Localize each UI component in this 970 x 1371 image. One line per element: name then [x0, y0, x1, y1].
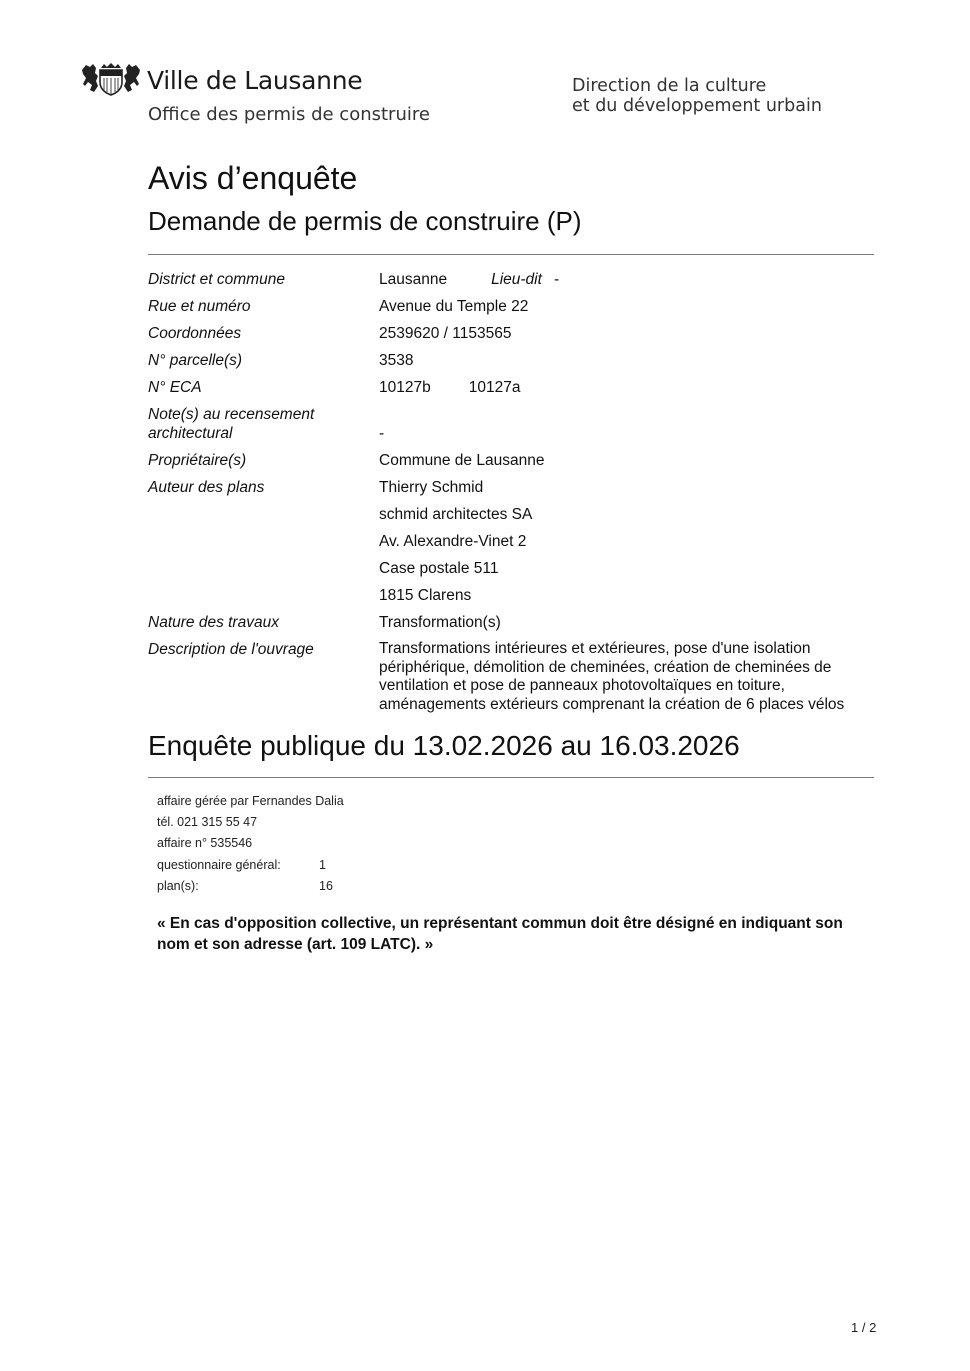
- row-parcel: N° parcelle(s) 3538: [148, 351, 878, 370]
- eca-label: N° ECA: [148, 378, 379, 397]
- district-label: District et commune: [148, 270, 379, 289]
- nature-label: Nature des travaux: [148, 613, 379, 632]
- page-title: Avis d’enquête: [148, 160, 357, 197]
- questionnaire-value: 1: [319, 857, 326, 873]
- eca-value-1: 10127b: [379, 379, 431, 396]
- department: Direction de la culture et du développem…: [572, 76, 822, 116]
- row-district: District et commune LausanneLieu-dit-: [148, 270, 878, 289]
- description-line: périphérique, démolition de cheminées, c…: [379, 659, 878, 678]
- owner-value: Commune de Lausanne: [379, 451, 878, 470]
- office-name: Office des permis de construire: [148, 104, 430, 125]
- owner-label: Propriétaire(s): [148, 451, 379, 470]
- phone: tél. 021 315 55 47: [157, 814, 344, 835]
- description-label: Description de l'ouvrage: [148, 640, 379, 714]
- author-line: schmid architectes SA: [379, 505, 878, 524]
- author-line: Thierry Schmid: [379, 478, 878, 497]
- row-owner: Propriétaire(s) Commune de Lausanne: [148, 451, 878, 470]
- row-coordinates: Coordonnées 2539620 / 1153565: [148, 324, 878, 343]
- lausanne-coat-of-arms-icon: [80, 62, 142, 96]
- coordinates-value: 2539620 / 1153565: [379, 324, 878, 343]
- department-line-2: et du développement urbain: [572, 96, 822, 116]
- note-label: Note(s) au recensement architectural: [148, 405, 379, 443]
- row-author: Auteur des plans Thierry Schmid schmid a…: [148, 478, 878, 605]
- case-number: affaire n° 535546: [157, 835, 344, 856]
- nature-value: Transformation(s): [379, 613, 878, 632]
- parcel-value: 3538: [379, 351, 878, 370]
- parcel-label: N° parcelle(s): [148, 351, 379, 370]
- coordinates-label: Coordonnées: [148, 324, 379, 343]
- questionnaire-label: questionnaire général:: [157, 858, 281, 872]
- row-eca: N° ECA 10127b10127a: [148, 378, 878, 397]
- eca-value-2: 10127a: [469, 379, 521, 396]
- row-street: Rue et numéro Avenue du Temple 22: [148, 297, 878, 316]
- row-description: Description de l'ouvrage Transformations…: [148, 640, 878, 714]
- page-subtitle: Demande de permis de construire (P): [148, 206, 582, 237]
- author-value: Thierry Schmid schmid architectes SA Av.…: [379, 478, 878, 605]
- managed-by: affaire gérée par Fernandes Dalia: [157, 793, 344, 814]
- opposition-notice: « En cas d'opposition collective, un rep…: [157, 913, 877, 955]
- author-line: 1815 Clarens: [379, 586, 878, 605]
- enquete-heading: Enquête publique du 13.02.2026 au 16.03.…: [148, 730, 740, 762]
- department-line-1: Direction de la culture: [572, 76, 822, 96]
- info-table: District et commune LausanneLieu-dit- Ru…: [148, 270, 878, 722]
- district-value: Lausanne: [379, 271, 447, 288]
- plans-row: plan(s): 16: [157, 878, 344, 899]
- description-line: Transformations intérieures et extérieur…: [379, 640, 878, 659]
- plans-label: plan(s):: [157, 879, 199, 893]
- lieu-dit-label: Lieu-dit: [491, 271, 542, 288]
- note-label-line-1: Note(s) au recensement: [148, 405, 379, 424]
- description-value: Transformations intérieures et extérieur…: [379, 640, 878, 714]
- divider: [148, 254, 874, 255]
- questionnaire-row: questionnaire général: 1: [157, 857, 344, 878]
- row-nature: Nature des travaux Transformation(s): [148, 613, 878, 632]
- lieu-dit-value: -: [554, 271, 559, 288]
- author-label: Auteur des plans: [148, 478, 379, 605]
- note-label-line-2: architectural: [148, 424, 379, 443]
- row-note: Note(s) au recensement architectural -: [148, 405, 878, 443]
- description-line: ventilation et pose de panneaux photovol…: [379, 677, 878, 696]
- author-line: Case postale 511: [379, 559, 878, 578]
- divider: [148, 777, 874, 778]
- street-value: Avenue du Temple 22: [379, 297, 878, 316]
- street-label: Rue et numéro: [148, 297, 379, 316]
- org-name: Ville de Lausanne: [147, 66, 362, 95]
- plans-value: 16: [319, 878, 333, 894]
- author-line: Av. Alexandre-Vinet 2: [379, 532, 878, 551]
- case-details: affaire gérée par Fernandes Dalia tél. 0…: [157, 793, 344, 899]
- description-line: aménagements extérieurs comprenant la cr…: [379, 696, 878, 715]
- note-value: -: [379, 405, 878, 443]
- page-number: 1 / 2: [851, 1320, 876, 1335]
